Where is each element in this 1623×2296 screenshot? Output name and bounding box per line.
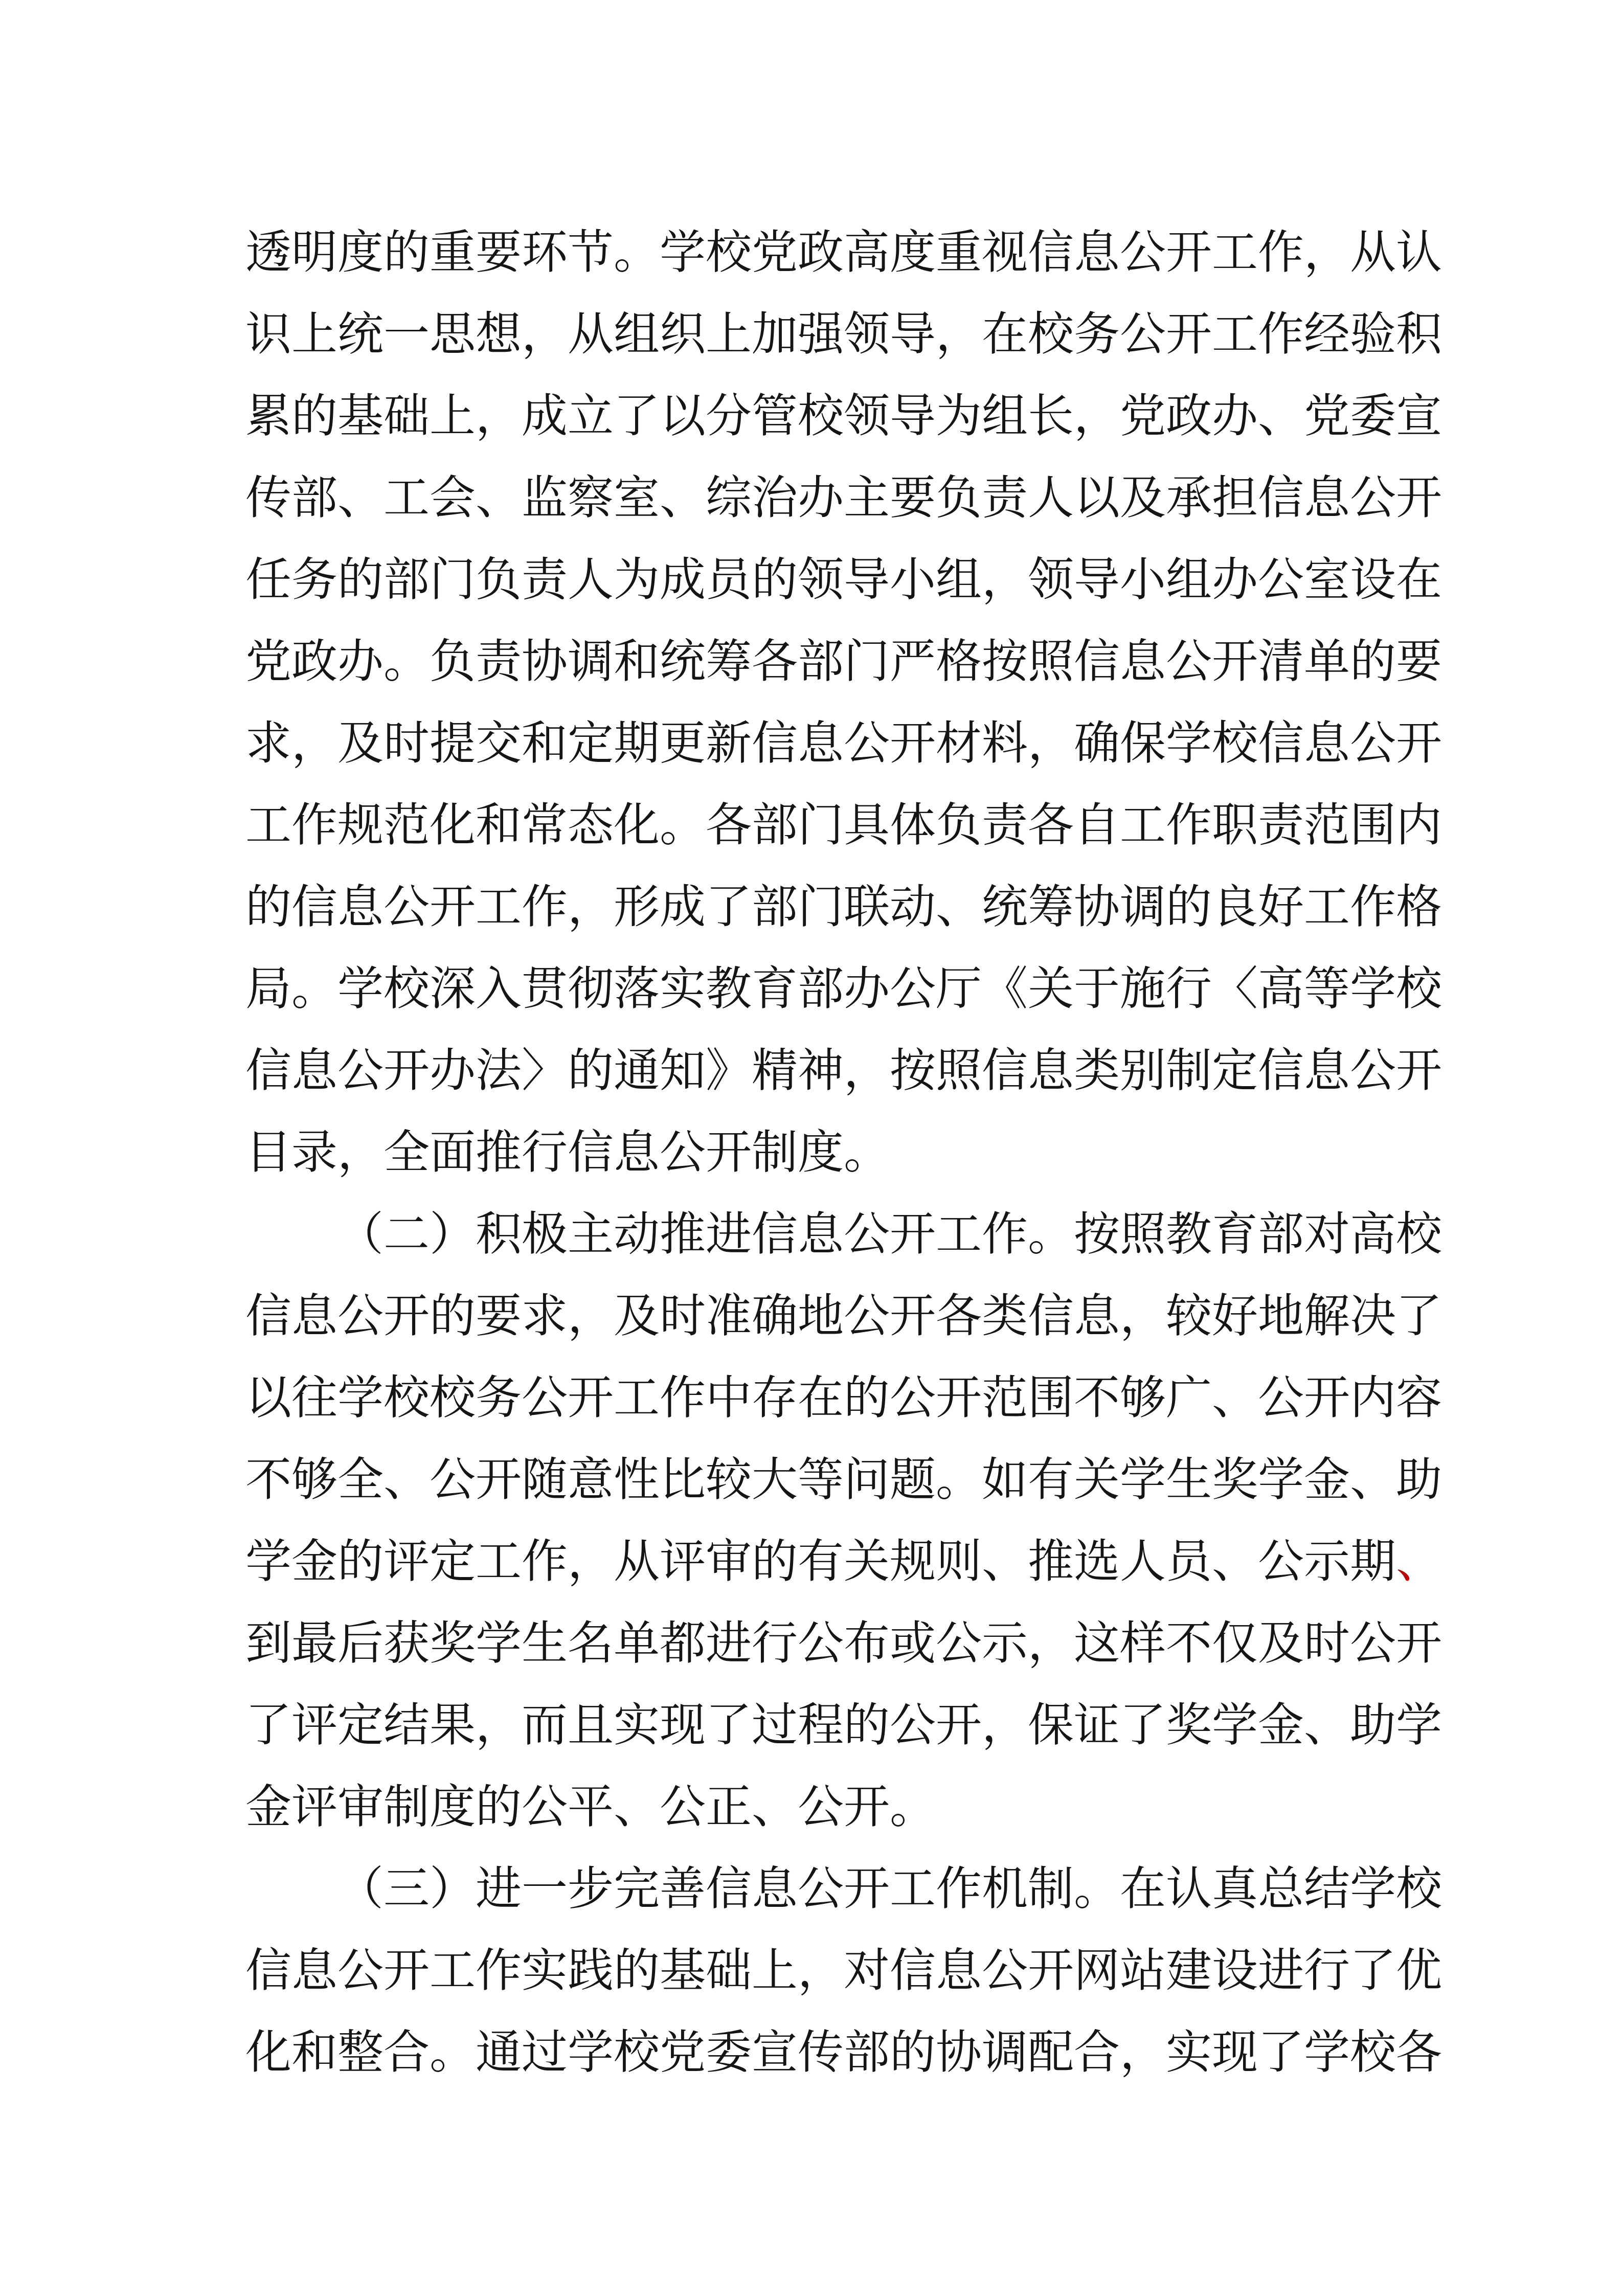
text-run: 识上统一思想，从组织上加强领导，在校务公开工作经验积 — [245, 309, 1442, 360]
text-run: 以往学校校务公开工作中存在的公开范围不够广、公开内容 — [245, 1373, 1442, 1424]
text-block: 透明度的重要环节。学校党政高度重视信息公开工作，从认识上统一思想，从组织上加强领… — [245, 212, 1396, 2094]
text-run: 不够全、公开随意性比较大等问题。如有关学生奖学金、助 — [245, 1455, 1442, 1505]
text-run: （二）积极主动推进信息公开工作。按照教育部对高校 — [337, 1209, 1442, 1260]
text-line: 求，及时提交和定期更新信息公开材料，确保学校信息公开 — [245, 703, 1396, 785]
text-run: 了评定结果，而且实现了过程的公开，保证了奖学金、助学 — [245, 1700, 1442, 1751]
text-line: 工作规范化和常态化。各部门具体负责各自工作职责范围内 — [245, 785, 1396, 867]
text-line: 的信息公开工作，形成了部门联动、统筹协调的良好工作格 — [245, 867, 1396, 949]
text-run: 到最后获奖学生名单都进行公布或公示，这样不仅及时公开 — [245, 1618, 1442, 1669]
text-line: 局。学校深入贯彻落实教育部办公厅《关于施行〈高等学校 — [245, 949, 1396, 1030]
text-line: 到最后获奖学生名单都进行公布或公示，这样不仅及时公开 — [245, 1603, 1396, 1685]
text-run: 信息公开工作实践的基础上，对信息公开网站建设进行了优 — [245, 1946, 1442, 1996]
text-run: 工作规范化和常态化。各部门具体负责各自工作职责范围内 — [245, 800, 1442, 851]
text-line: 党政办。负责协调和统筹各部门严格按照信息公开清单的要 — [245, 621, 1396, 703]
text-line: （三）进一步完善信息公开工作机制。在认真总结学校 — [245, 1849, 1396, 1930]
text-line: 了评定结果，而且实现了过程的公开，保证了奖学金、助学 — [245, 1685, 1396, 1767]
text-run: 任务的部门负责人为成员的领导小组，领导小组办公室设在 — [245, 555, 1442, 605]
text-line: 金评审制度的公平、公正、公开。 — [245, 1767, 1396, 1849]
document-page: 透明度的重要环节。学校党政高度重视信息公开工作，从认识上统一思想，从组织上加强领… — [0, 0, 1623, 2296]
text-run: 求，及时提交和定期更新信息公开材料，确保学校信息公开 — [245, 718, 1442, 769]
text-line: 化和整合。通过学校党委宣传部的协调配合，实现了学校各 — [245, 2012, 1396, 2094]
text-line: 目录，全面推行信息公开制度。 — [245, 1112, 1396, 1194]
text-run: 化和整合。通过学校党委宣传部的协调配合，实现了学校各 — [245, 2028, 1442, 2078]
text-run: 目录，全面推行信息公开制度。 — [245, 1128, 890, 1178]
text-line: 信息公开的要求，及时准确地公开各类信息，较好地解决了 — [245, 1276, 1396, 1358]
text-run: 透明度的重要环节。学校党政高度重视信息公开工作，从认 — [245, 228, 1442, 278]
text-line: 传部、工会、监察室、综治办主要负责人以及承担信息公开 — [245, 458, 1396, 539]
text-line: 不够全、公开随意性比较大等问题。如有关学生奖学金、助 — [245, 1439, 1396, 1521]
text-line: （二）积极主动推进信息公开工作。按照教育部对高校 — [245, 1194, 1396, 1276]
text-line: 信息公开办法〉的通知》精神，按照信息类别制定信息公开 — [245, 1030, 1396, 1112]
text-run: 党政办。负责协调和统筹各部门严格按照信息公开清单的要 — [245, 637, 1442, 687]
text-line: 信息公开工作实践的基础上，对信息公开网站建设进行了优 — [245, 1930, 1396, 2012]
text-run: 局。学校深入贯彻落实教育部办公厅《关于施行〈高等学校 — [245, 964, 1442, 1015]
text-run: 信息公开的要求，及时准确地公开各类信息，较好地解决了 — [245, 1291, 1442, 1342]
text-run: 累的基础上，成立了以分管校领导为组长，党政办、党委宣 — [245, 391, 1442, 442]
text-line: 学金的评定工作，从评审的有关规则、推选人员、公示期、 — [245, 1521, 1396, 1603]
text-run: 信息公开办法〉的通知》精神，按照信息类别制定信息公开 — [245, 1046, 1442, 1096]
text-line: 累的基础上，成立了以分管校领导为组长，党政办、党委宣 — [245, 376, 1396, 458]
text-line: 透明度的重要环节。学校党政高度重视信息公开工作，从认 — [245, 212, 1396, 294]
text-line: 任务的部门负责人为成员的领导小组，领导小组办公室设在 — [245, 539, 1396, 621]
text-line: 识上统一思想，从组织上加强领导，在校务公开工作经验积 — [245, 294, 1396, 376]
text-line: 以往学校校务公开工作中存在的公开范围不够广、公开内容 — [245, 1358, 1396, 1439]
text-run: 的信息公开工作，形成了部门联动、统筹协调的良好工作格 — [245, 882, 1442, 933]
text-run: （三）进一步完善信息公开工作机制。在认真总结学校 — [337, 1864, 1442, 1915]
text-run: 传部、工会、监察室、综治办主要负责人以及承担信息公开 — [245, 473, 1442, 524]
text-run: 学金的评定工作，从评审的有关规则、推选人员、公示期 — [245, 1537, 1396, 1587]
red-punctuation-run: 、 — [1396, 1537, 1442, 1587]
text-run: 金评审制度的公平、公正、公开。 — [245, 1782, 936, 1833]
